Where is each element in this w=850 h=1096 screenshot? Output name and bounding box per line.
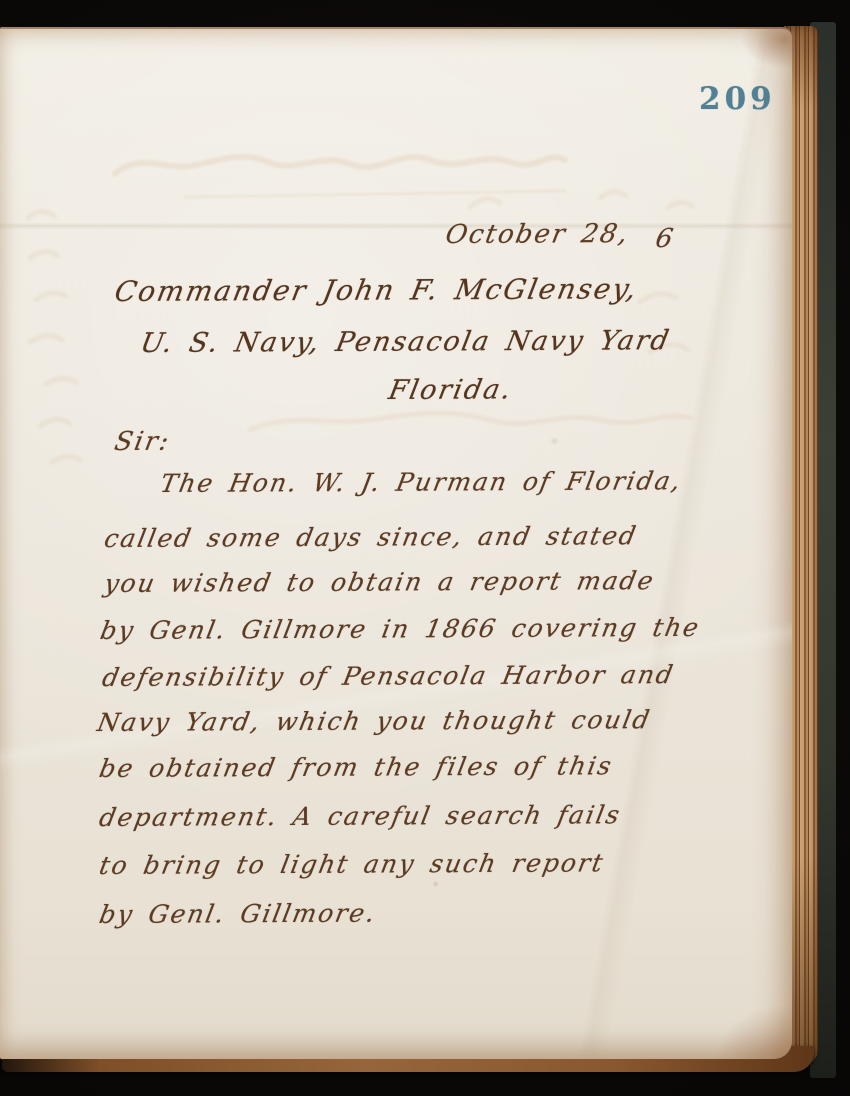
salutation: Sir: bbox=[112, 427, 173, 457]
date-year-fragment: 6 bbox=[653, 224, 677, 254]
recipient-state-line: Florida. bbox=[386, 374, 515, 406]
body-line: The Hon. W. J. Purman of Florida, bbox=[158, 466, 685, 498]
body-line: department. A careful search fails bbox=[97, 800, 624, 832]
date-line: October 28, bbox=[443, 219, 632, 250]
body-line: by Genl. Gillmore. bbox=[97, 899, 379, 929]
page-number-stamp: 209 bbox=[699, 81, 776, 117]
letter-page: 209 October 28, 6 Commander John F. McGl… bbox=[0, 27, 792, 1059]
letterbook-photo: 209 October 28, 6 Commander John F. McGl… bbox=[0, 0, 850, 1096]
body-line: you wished to obtain a report made bbox=[102, 566, 657, 598]
recipient-name-line: Commander John F. McGlensey, bbox=[112, 272, 641, 308]
body-line: defensibility of Pensacola Harbor and bbox=[100, 660, 677, 692]
body-line: Navy Yard, which you thought could bbox=[95, 705, 654, 737]
body-line: be obtained from the files of this bbox=[97, 751, 615, 783]
recipient-address-line: U. S. Navy, Pensacola Navy Yard bbox=[138, 325, 673, 359]
body-line: called some days since, and stated bbox=[102, 521, 640, 553]
body-line: by Genl. Gillmore in 1866 covering the bbox=[98, 613, 703, 645]
body-line: to bring to light any such report bbox=[97, 848, 607, 880]
